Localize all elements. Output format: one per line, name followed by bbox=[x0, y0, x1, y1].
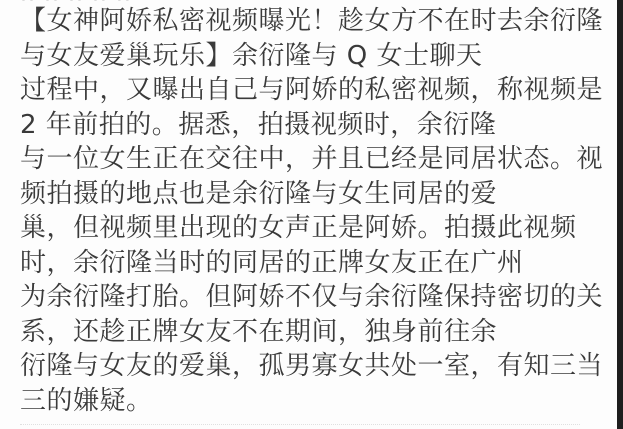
cut-off-bottom-edge bbox=[20, 424, 580, 429]
article-line: 2 年前拍的。据悉，拍摄视频时，余衍隆 bbox=[20, 108, 620, 143]
article-line: 衍隆与女友的爱巢，孤男寡女共处一室，有知三当 bbox=[20, 349, 620, 384]
article-line: 【女神阿娇私密视频曝光！趁女方不在时去余衍隆 bbox=[20, 4, 620, 39]
window-edge-strip bbox=[617, 0, 623, 429]
article-line: 频拍摄的地点也是余衍隆与女生同居的爱 bbox=[20, 177, 620, 212]
article-line: 与女友爱巢玩乐】余衍隆与 Q 女士聊天 bbox=[20, 39, 620, 74]
article-line: 巢，但视频里出现的女声正是阿娇。拍摄此视频 bbox=[20, 211, 620, 246]
article-line: 过程中，又曝出自己与阿娇的私密视频，称视频是 bbox=[20, 73, 620, 108]
article-body: 【女神阿娇私密视频曝光！趁女方不在时去余衍隆 与女友爱巢玩乐】余衍隆与 Q 女士… bbox=[20, 4, 620, 418]
article-line: 为余衍隆打胎。但阿娇不仅与余衍隆保持密切的关 bbox=[20, 280, 620, 315]
article-line: 系，还趁正牌女友不在期间，独身前往余 bbox=[20, 315, 620, 350]
article-line: 与一位女生正在交往中，并且已经是同居状态。视 bbox=[20, 142, 620, 177]
article-line: 时，余衍隆当时的同居的正牌女友正在广州 bbox=[20, 246, 620, 281]
article-line: 三的嫌疑。 bbox=[20, 384, 620, 419]
document-page: ·· ·· ·· ·· ·· 【女神阿娇私密视频曝光！趁女方不在时去余衍隆 与女… bbox=[0, 0, 617, 429]
